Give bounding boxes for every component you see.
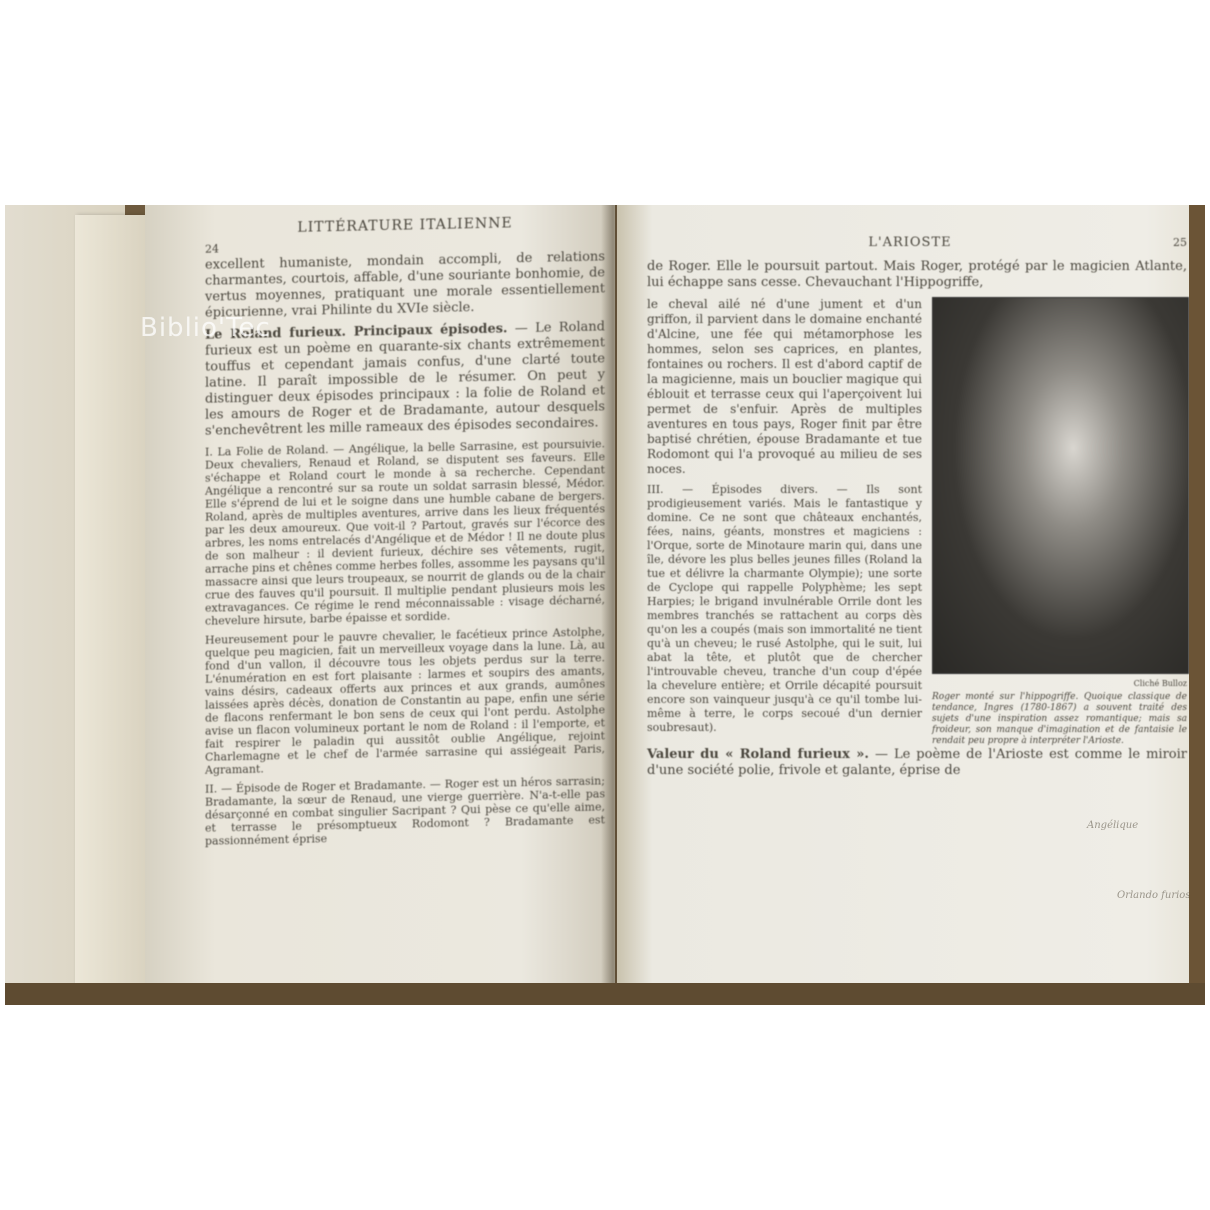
margin-note: Orlando furioso <box>1117 890 1196 901</box>
folio-right: 25 <box>1173 235 1187 251</box>
table-surface <box>5 983 1205 1005</box>
paragraph: de Roger. Elle le poursuit partout. Mais… <box>647 259 1187 291</box>
figure-caption: Roger monté sur l'hippogriffe. Quoique c… <box>932 692 1187 747</box>
figure: Cliché Bulloz Roger monté sur l'hippogri… <box>932 297 1187 747</box>
watermark: Biblio'Tec <box>140 313 271 343</box>
paragraph: I. La Folie de Roland. — Angélique, la b… <box>205 437 605 627</box>
section-heading: Valeur du « Roland furieux ». <box>647 747 869 762</box>
paragraph: II. — Épisode de Roger et Bradamante. — … <box>205 774 605 847</box>
table-surface <box>1189 205 1205 1005</box>
running-head-right: L'ARIOSTE <box>647 235 1173 251</box>
paragraph: Heureusement pour le pauvre chevalier, l… <box>205 625 605 776</box>
figure-credit: Cliché Bulloz <box>932 676 1187 692</box>
paragraph: excellent humaniste, mondain accompli, d… <box>205 249 605 321</box>
right-page: L'ARIOSTE 25 de Roger. Elle le poursuit … <box>617 205 1205 1005</box>
margin-note: Angélique <box>1087 820 1138 831</box>
illustration-roger-hippogriff <box>932 297 1189 674</box>
